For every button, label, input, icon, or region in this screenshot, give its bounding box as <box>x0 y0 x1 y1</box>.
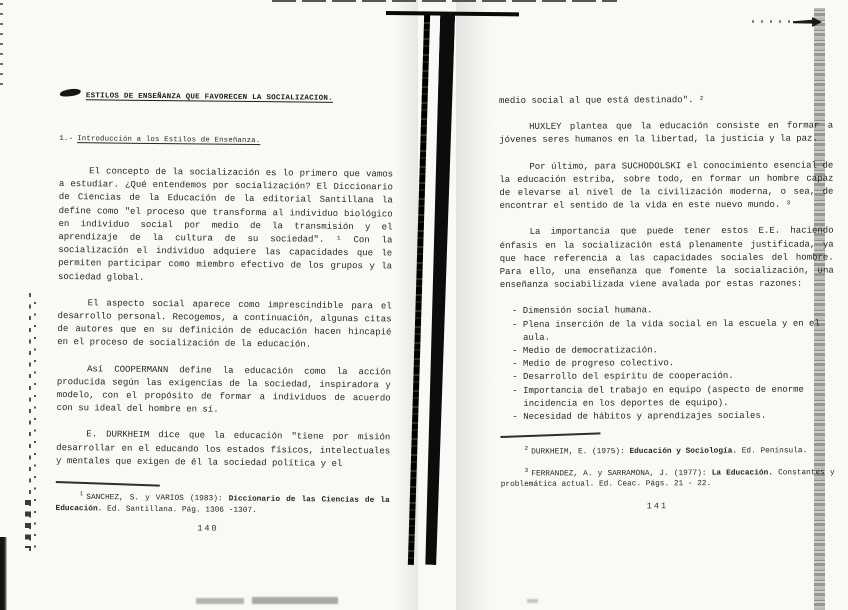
footnotes-block: 2DURKHEIM, E. (1975): Educación y Sociol… <box>500 435 834 492</box>
paragraph: La importancia que puede tener estos E.E… <box>500 225 834 292</box>
footnotes-block: 1SANCHEZ, S. y VARIOS (1983): Diccionari… <box>55 481 389 518</box>
section-title-text: Introducción a los Estilos de Enseñanza. <box>77 135 260 145</box>
section-number: 1.- <box>59 135 73 143</box>
footnote-text: Ed. Santillana. Pág. 1306 -1307. <box>102 505 256 515</box>
reasons-list: - Dimensión social humana. - Plena inser… <box>512 304 835 424</box>
bottom-smudge <box>196 598 244 604</box>
page-number: 141 <box>647 501 835 512</box>
list-item: - Plena inserción de la vida social en l… <box>512 317 834 345</box>
scanned-book-spread: ESTILOS DE ENSEÑANZA QUE FAVORECEN LA SO… <box>0 0 848 610</box>
footnote-text: Ed. Península. <box>737 448 807 456</box>
paragraph: E. DURKHEIM dice que la educación "tiene… <box>56 428 390 471</box>
list-item: - Necesidad de hábitos y aprendizajes so… <box>512 410 834 425</box>
left-margin-marks-dark <box>25 500 35 548</box>
chapter-heading-text: ESTILOS DE ENSEÑANZA QUE FAVORECEN LA SO… <box>86 92 333 103</box>
bottom-smudge <box>527 599 538 603</box>
right-page: medio social al que está destinado". ² H… <box>499 94 835 513</box>
footnote: 3FERRANDEZ, A. y SARRAMONA, J. (1977): L… <box>501 463 835 491</box>
spine-shadow-right <box>456 0 492 610</box>
left-edge-ticks <box>0 3 3 87</box>
footnote-book-title: Educación y Sociología. <box>629 448 737 456</box>
footnote-text: FERRANDEZ, A. y SARRAMONA, J. (1977): <box>531 470 711 479</box>
spine-bar-thick-artifact <box>424 13 455 565</box>
bottom-smudge <box>252 597 338 604</box>
left-page: ESTILOS DE ENSEÑANZA QUE FAVORECEN LA SO… <box>55 84 394 535</box>
footnote: 1SANCHEZ, S. y VARIOS (1983): Diccionari… <box>55 488 389 518</box>
page-number: 140 <box>197 523 389 535</box>
footnote-marker: 1 <box>80 490 84 497</box>
footnote-marker: 2 <box>525 445 529 452</box>
paragraph: El aspecto social aparece como imprescin… <box>57 297 392 353</box>
footnote-book-title: La Educación. <box>712 469 773 477</box>
footnote-separator <box>56 481 160 487</box>
footnote-text: SANCHEZ, S. y VARIOS (1983): <box>86 494 228 503</box>
footnote-marker: 3 <box>525 467 529 474</box>
right-edge-dots <box>752 20 790 23</box>
left-bottom-edge-artifact <box>0 537 7 610</box>
paragraph: Por último, para SUCHODOLSKI el conocimi… <box>499 159 833 213</box>
scan-top-edge-line <box>272 0 617 2</box>
marker-scribble-icon <box>59 88 83 98</box>
paragraph: Así COOPERMANN define la educación como … <box>57 363 392 419</box>
paragraph: HUXLEY plantea que la educación consiste… <box>499 120 833 148</box>
list-item: - Importancia del trabajo en equipo (asp… <box>512 383 834 411</box>
paragraph: medio social al que está destinado". ² <box>499 94 833 109</box>
footnote: 2DURKHEIM, E. (1975): Educación y Sociol… <box>501 442 835 459</box>
paragraph: El concepto de la socialización es lo pr… <box>58 165 393 287</box>
section-title: 1.-Introducción a los Estilos de Enseñan… <box>59 135 393 146</box>
chapter-heading: ESTILOS DE ENSEÑANZA QUE FAVORECEN LA SO… <box>60 84 394 105</box>
footnote-separator <box>500 433 600 439</box>
footnote-text: DURKHEIM, E. (1975): <box>531 448 629 456</box>
